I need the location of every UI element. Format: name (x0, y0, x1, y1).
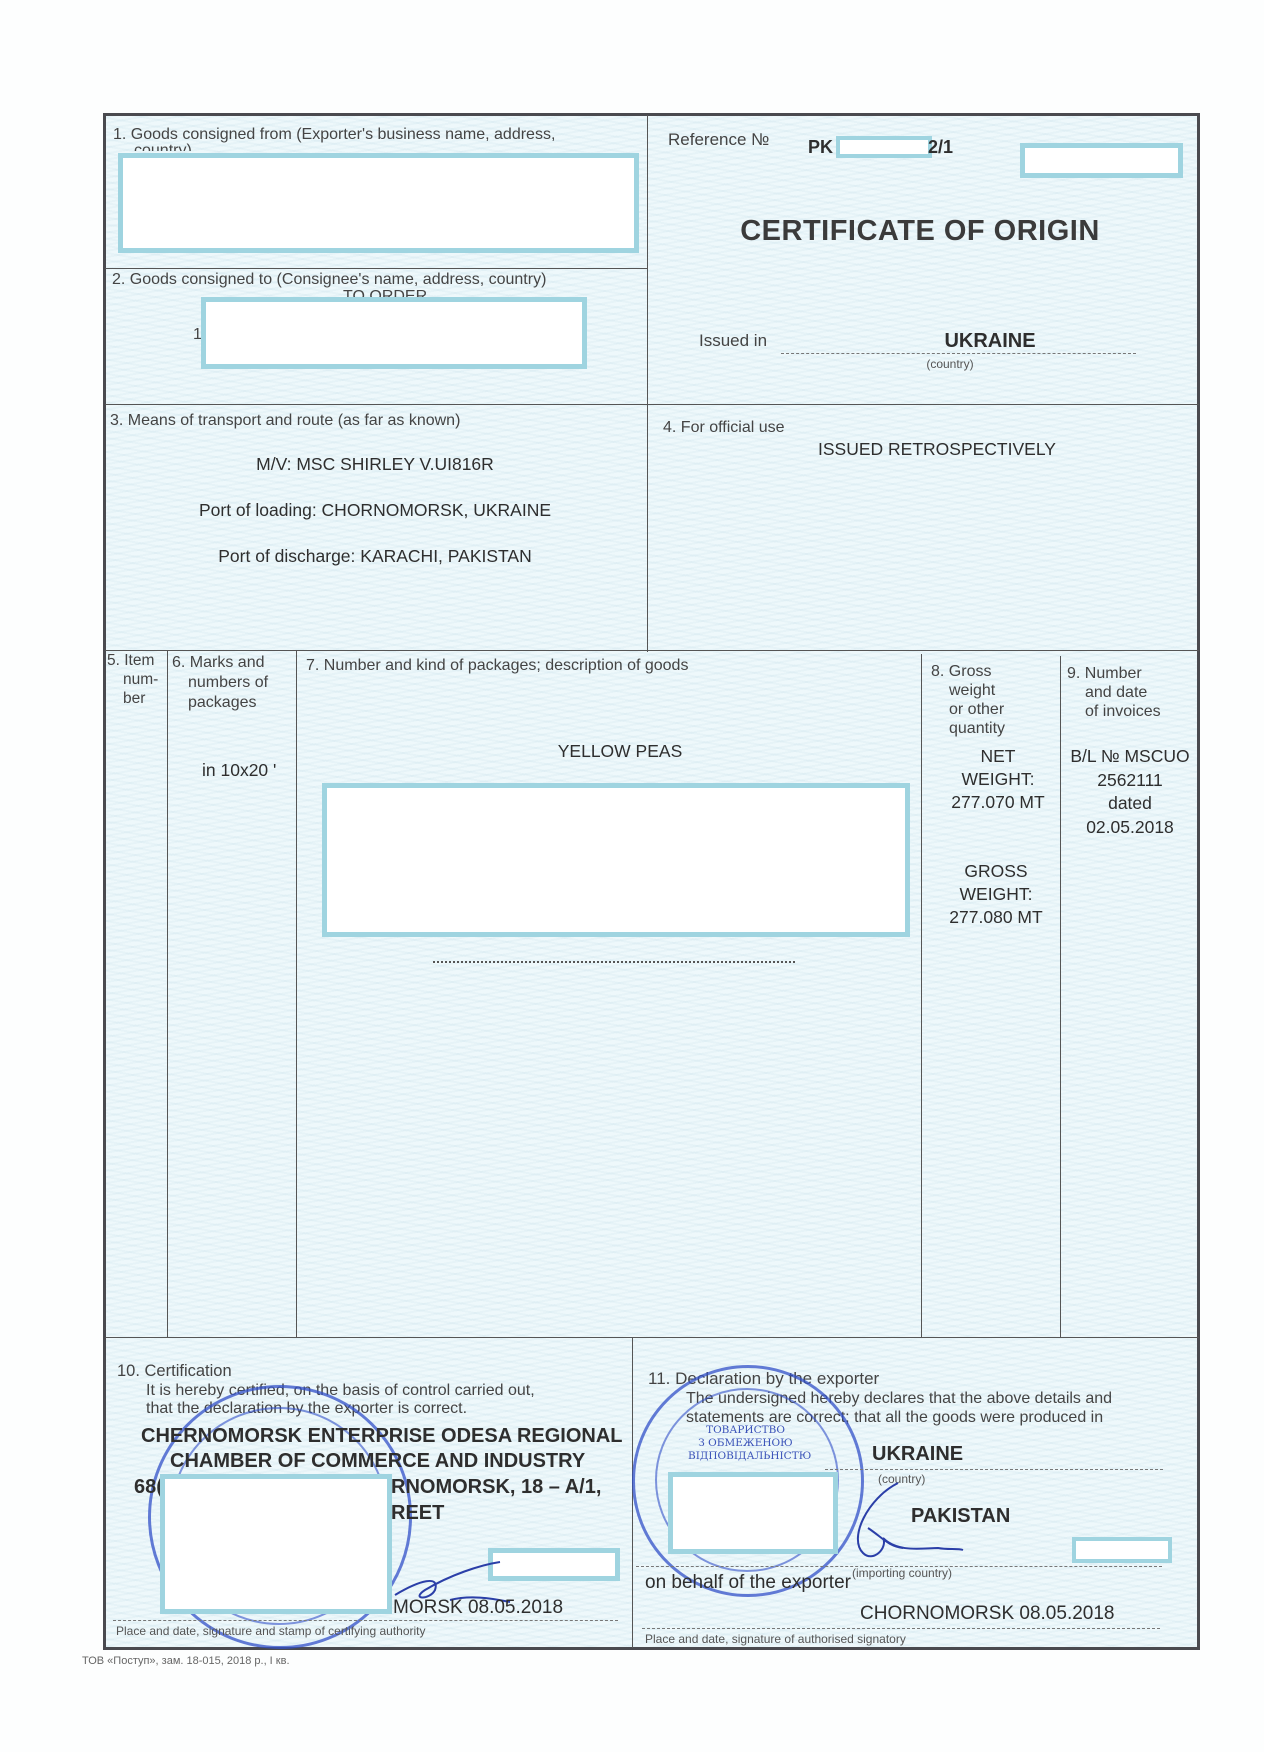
box10-label: 10. Certification (117, 1362, 232, 1381)
reference-prefix: PK (808, 136, 833, 158)
stamp-line-1: ТОВАРИСТВО (688, 1424, 803, 1437)
declaration-caption: Place and date, signature of authorised … (645, 1630, 906, 1649)
invoice-dated-label: dated (1062, 792, 1198, 816)
goods-description: YELLOW PEAS (480, 740, 760, 762)
box1-label-line2: country) (134, 141, 192, 151)
declaration-place-date: CHORNOMORSK 08.05.2018 (860, 1603, 1115, 1625)
net-weight-value: 277.070 MT (928, 791, 1068, 814)
port-of-discharge: Port of discharge: KARACHI, PAKISTAN (150, 545, 600, 567)
printer-note: ТОВ «Поступ», зам. 18-015, 2018 р., I кв… (82, 1652, 290, 1671)
header-item-line2: num- (107, 670, 158, 689)
stamp-line-2: З ОБМЕЖЕНОЮ (688, 1437, 803, 1450)
issued-in-caption: (country) (900, 355, 1000, 374)
invoice-date: 02.05.2018 (1062, 816, 1198, 840)
authority-name-line1: CHERNOMORSK ENTERPRISE ODESA REGIONAL (141, 1425, 623, 1447)
net-weight-line2: WEIGHT: (928, 768, 1068, 791)
origin-country-line (825, 1469, 1163, 1470)
divider-top-center (647, 115, 648, 652)
goods-end-line (433, 961, 795, 963)
header-weight-line4: quantity (931, 719, 1005, 738)
header-item-line1: 5. Item (107, 651, 158, 670)
divider-row10 (105, 1337, 1199, 1338)
certification-caption: Place and date, signature and stamp of c… (116, 1622, 426, 1641)
exporter-details-redacted (668, 1472, 838, 1554)
box3-label: 3. Means of transport and route (as far … (110, 411, 460, 430)
divider-col5-6 (167, 650, 168, 1337)
reference-suffix: 2/1 (928, 136, 953, 158)
divider-col7-8 (921, 654, 922, 1337)
box4-label: 4. For official use (663, 418, 785, 437)
header-marks-line2: numbers of (172, 673, 268, 693)
importing-country-caption: (importing country) (852, 1564, 952, 1583)
authority-address-redacted (160, 1474, 392, 1614)
divider-col6-7 (296, 650, 297, 1337)
official-use-value: ISSUED RETROSPECTIVELY (818, 438, 1056, 460)
net-weight: NET WEIGHT: 277.070 MT (928, 745, 1068, 814)
header-weight-line3: or other (931, 700, 1005, 719)
header-item-number: 5. Item num- ber (107, 651, 158, 708)
authority-address-line2: REET (391, 1502, 444, 1524)
net-weight-line1: NET (928, 745, 1068, 768)
header-description: 7. Number and kind of packages; descript… (306, 656, 688, 675)
on-behalf-of-exporter: on behalf of the exporter (645, 1572, 851, 1594)
gross-weight-value: 277.080 MT (926, 906, 1066, 929)
issued-in-line (781, 353, 1136, 354)
authority-address-line1: RNOMORSK, 18 – A/1, (391, 1476, 601, 1498)
exporter-signature (828, 1478, 968, 1568)
gross-weight-line2: WEIGHT: (926, 883, 1066, 906)
certification-signature-line (113, 1620, 618, 1621)
header-item-line3: ber (107, 689, 158, 708)
issued-in-label: Issued in (699, 331, 767, 350)
header-invoices-line1: 9. Number (1067, 664, 1161, 683)
origin-country: UKRAINE (872, 1443, 963, 1465)
stamp-line-3: ВІДПОВІДАЛЬНІСТЮ (688, 1450, 803, 1463)
divider-box1-box2 (105, 268, 647, 269)
header-marks-line3: packages (172, 693, 268, 713)
box2-label: 2. Goods consigned to (Consignee's name,… (112, 270, 546, 289)
invoice-info: B/L № MSCUO 2562111 dated 02.05.2018 (1062, 745, 1198, 839)
header-invoices: 9. Number and date of invoices (1067, 664, 1161, 721)
header-marks: 6. Marks and numbers of packages (172, 653, 268, 713)
header-invoices-line2: and date (1067, 683, 1161, 702)
exporter-redacted (118, 153, 639, 253)
authority-name-line2: CHAMBER OF COMMERCE AND INDUSTRY (170, 1450, 585, 1472)
marks-value: in 10x20 ' (202, 759, 276, 781)
declaration-signature-line (642, 1628, 1160, 1629)
exporter-signatory-redacted (1072, 1537, 1172, 1563)
goods-details-redacted (322, 783, 910, 937)
issued-in-country: UKRAINE (900, 330, 1080, 352)
divider-row3 (105, 404, 1199, 405)
document-title: CERTIFICATE OF ORIGIN (700, 214, 1140, 248)
consignee-redacted (201, 297, 587, 369)
port-of-loading: Port of loading: CHORNOMORSK, UKRAINE (150, 499, 600, 521)
certification-place-date: MORSK 08.05.2018 (393, 1597, 563, 1619)
authority-address-prefix: 68( (134, 1476, 163, 1498)
exporter-stamp-text: ТОВАРИСТВО З ОБМЕЖЕНОЮ ВІДПОВІДАЛЬНІСТЮ (688, 1424, 803, 1463)
header-marks-line1: 6. Marks and (172, 653, 268, 673)
reference-redacted (836, 136, 932, 158)
header-weight: 8. Gross weight or other quantity (931, 662, 1005, 738)
gross-weight: GROSS WEIGHT: 277.080 MT (926, 860, 1066, 929)
bill-of-lading-number-cont: 2562111 (1062, 769, 1198, 793)
header-weight-line2: weight (931, 681, 1005, 700)
date-redacted (1020, 143, 1183, 178)
transport-vessel: M/V: MSC SHIRLEY V.UI816R (150, 453, 600, 475)
bill-of-lading-number: B/L № MSCUO (1062, 745, 1198, 769)
divider-goods-table (105, 650, 1199, 651)
reference-label: Reference № (668, 130, 769, 149)
gross-weight-line1: GROSS (926, 860, 1066, 883)
header-invoices-line3: of invoices (1067, 702, 1161, 721)
certification-text-1: It is hereby certified, on the basis of … (146, 1381, 535, 1400)
header-weight-line1: 8. Gross (931, 662, 1005, 681)
